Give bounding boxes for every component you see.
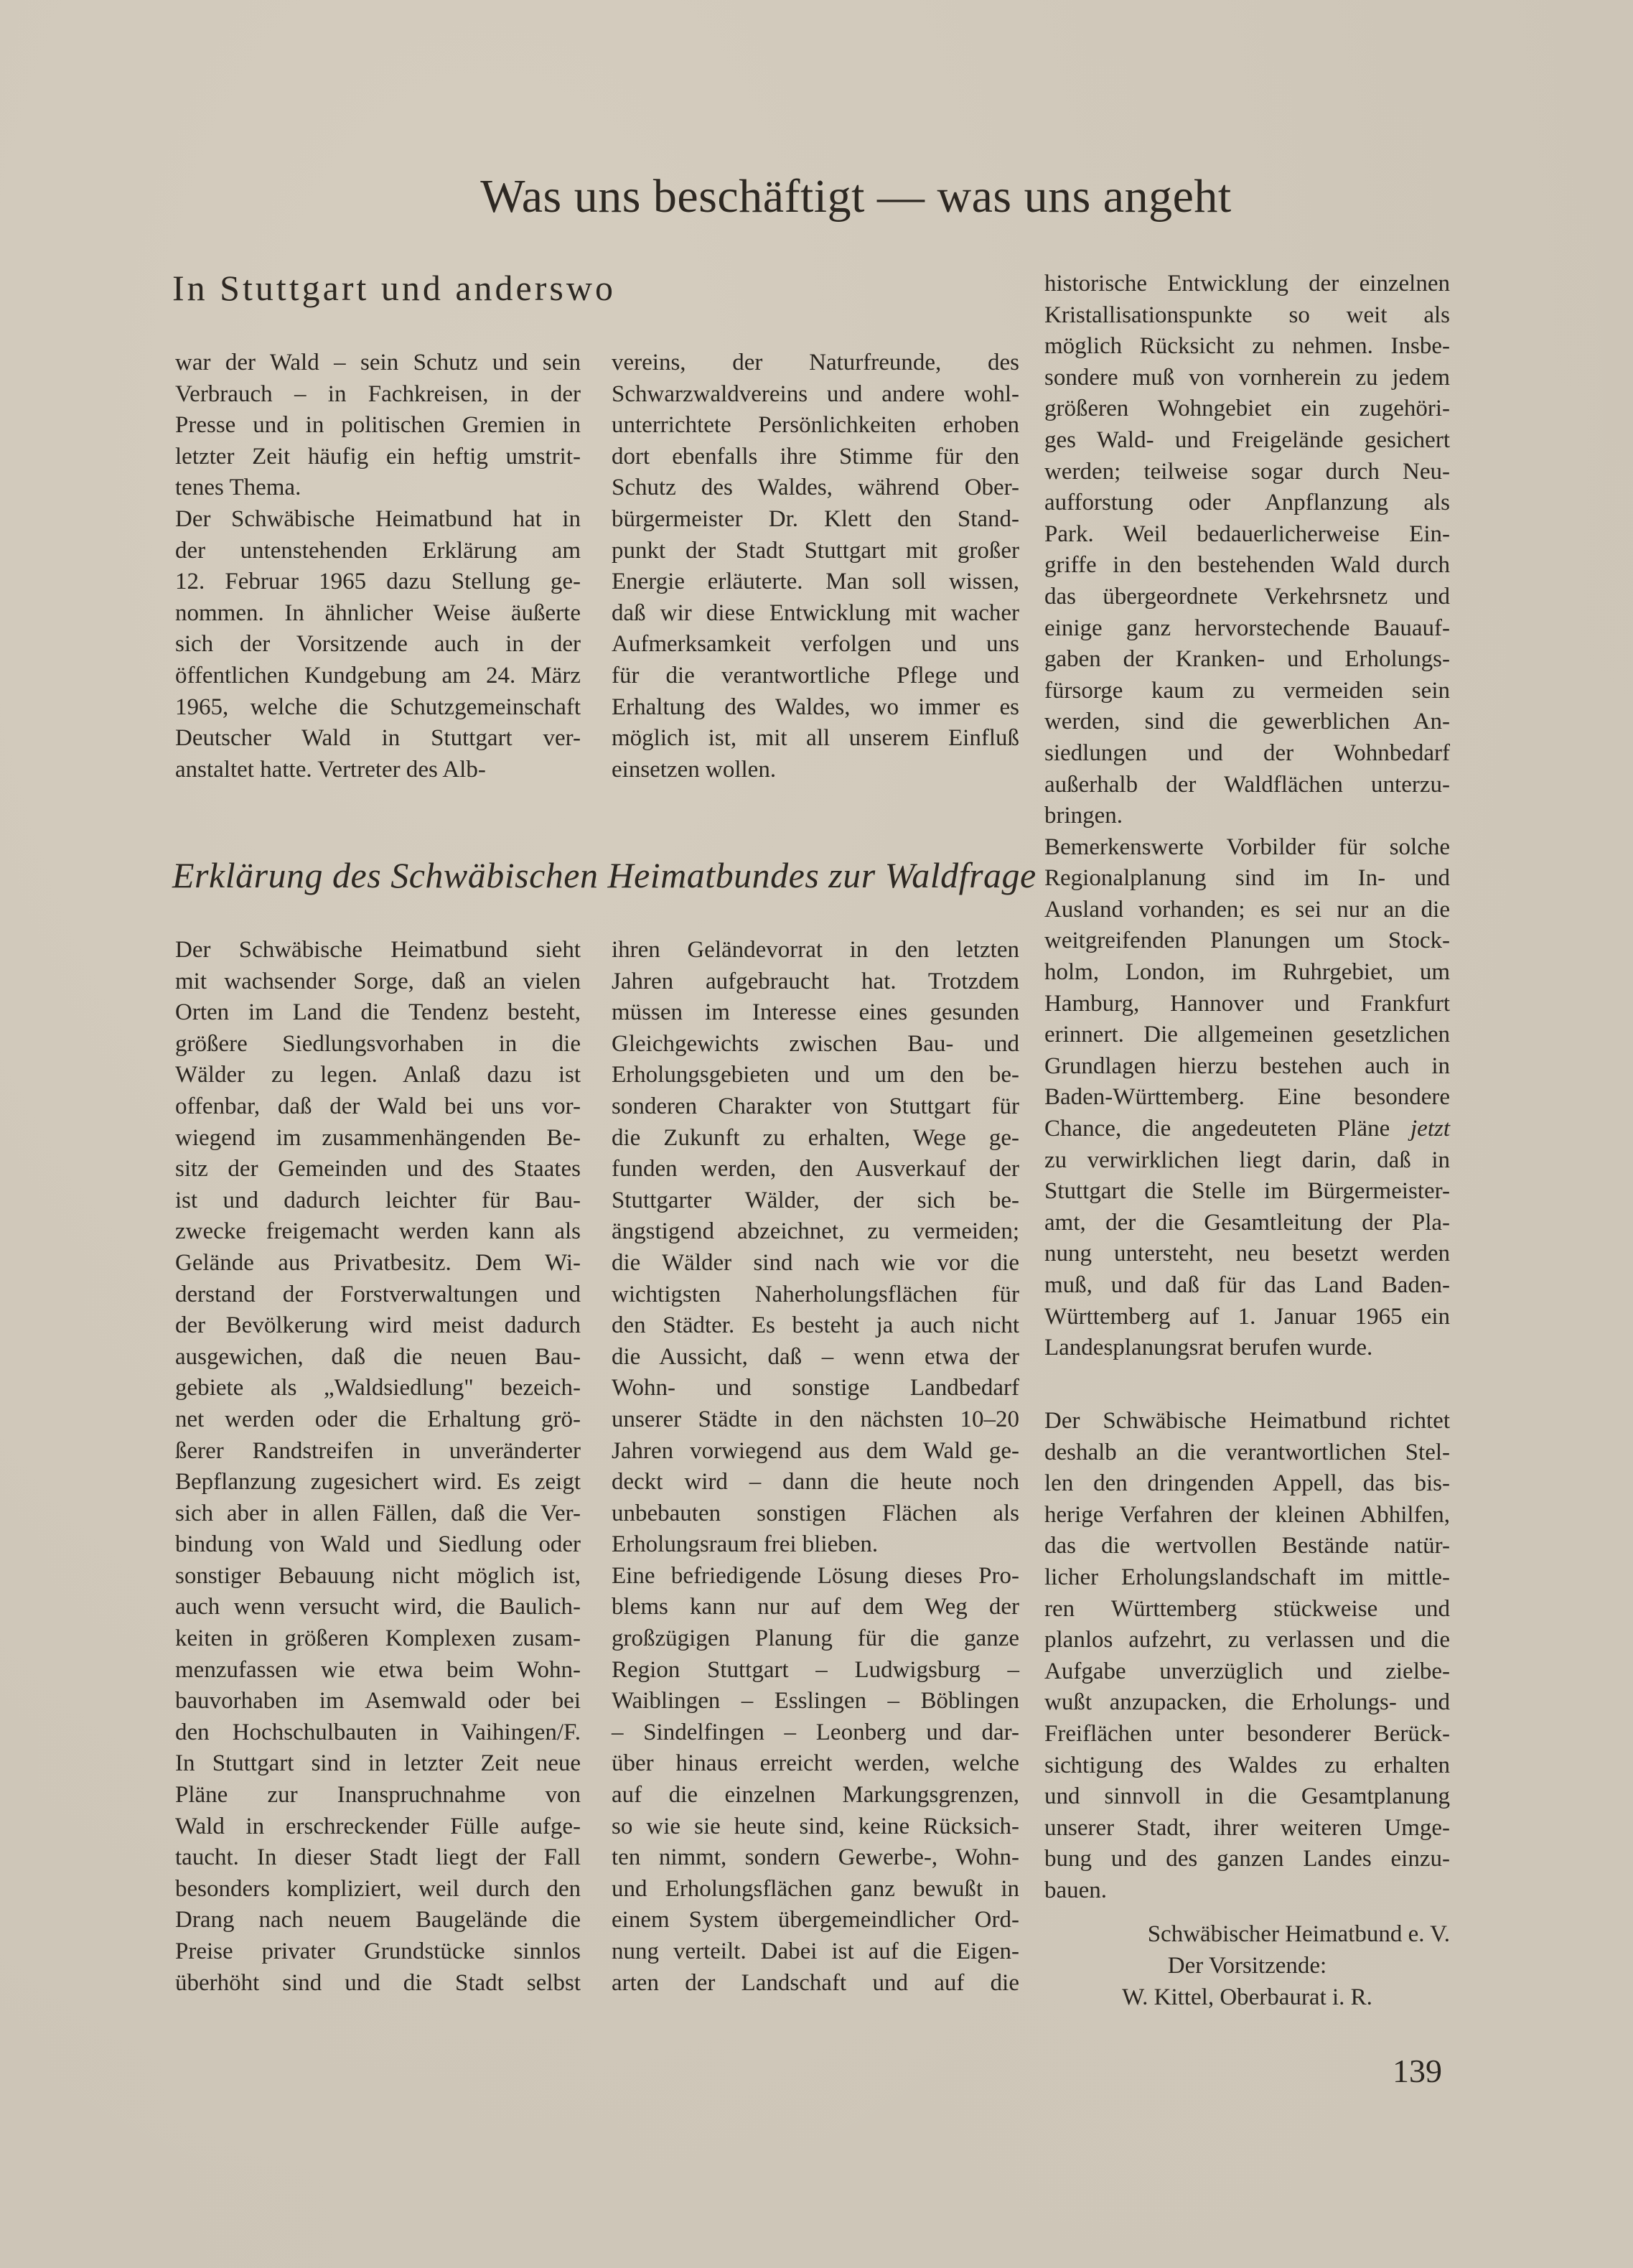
text-line: wiegend im zusammenhängenden Be- bbox=[175, 1123, 581, 1154]
text-line: Verbrauch – in Fachkreisen, in der bbox=[175, 379, 581, 411]
text-line: ges Wald- und Freigelände gesichert bbox=[1044, 425, 1450, 457]
text-line: Der Schwäbische Heimatbund sieht bbox=[175, 935, 581, 966]
text-line: griffe in den bestehenden Wald durch bbox=[1044, 550, 1450, 582]
text-line: großzügigen Planung für die ganze bbox=[612, 1623, 1019, 1655]
text-line: Orten im Land die Tendenz besteht, bbox=[175, 997, 581, 1029]
text-line: bindung von Wald und Siedlung oder bbox=[175, 1529, 581, 1561]
declaration-appeal-paragraph: Der Schwäbische Heimatbund richtetdeshal… bbox=[1044, 1406, 1450, 1907]
declaration-column-2: ihren Geländevorrat in den letztenJahren… bbox=[612, 935, 1019, 1999]
text-line: Bepflanzung zugesichert wird. Es zeigt bbox=[175, 1467, 581, 1498]
text-line: Deutscher Wald in Stuttgart ver- bbox=[175, 723, 581, 755]
text-line: siedlungen und der Wohnbedarf bbox=[1044, 738, 1450, 770]
text-line: sonderen Charakter von Stuttgart für bbox=[612, 1091, 1019, 1123]
text-line: Schwarzwaldvereins und andere wohl- bbox=[612, 379, 1019, 411]
text-line: ihren Geländevorrat in den letzten bbox=[612, 935, 1019, 966]
text-line: sonstiger Bebauung nicht möglich ist, bbox=[175, 1561, 581, 1592]
text-line: Presse und in politischen Gremien in bbox=[175, 410, 581, 442]
text-line: menzufassen wie etwa beim Wohn- bbox=[175, 1655, 581, 1686]
text-line: möglich Rücksicht zu nehmen. Insbe- bbox=[1044, 331, 1450, 363]
text-line: Erholungsgebieten und um den be- bbox=[612, 1060, 1019, 1091]
text-line: bung und des ganzen Landes einzu- bbox=[1044, 1844, 1450, 1875]
text-line: der untenstehenden Erklärung am bbox=[175, 536, 581, 567]
text-line: Wohn- und sonstige Landbedarf bbox=[612, 1373, 1019, 1404]
text-line: Erhaltung des Waldes, wo immer es bbox=[612, 692, 1019, 724]
text-line: sich der Vorsitzende auch in der bbox=[175, 629, 581, 661]
text-line: offenbar, daß der Wald bei uns vor- bbox=[175, 1091, 581, 1123]
text-line: fürsorge kaum zu vermeiden sein bbox=[1044, 676, 1450, 707]
text-line: zu verwirklichen liegt darin, daß in bbox=[1044, 1145, 1450, 1177]
text-line: weitgreifenden Planungen um Stock- bbox=[1044, 925, 1450, 957]
text-line: erinnert. Die allgemeinen gesetzlichen bbox=[1044, 1019, 1450, 1051]
text-line: Gelände aus Privatbesitz. Dem Wi- bbox=[175, 1248, 581, 1279]
text-line: außerhalb der Waldflächen unterzu- bbox=[1044, 770, 1450, 801]
text-line: bauvorhaben im Asemwald oder bei bbox=[175, 1686, 581, 1717]
declaration-column-1: Der Schwäbische Heimatbund siehtmit wach… bbox=[175, 935, 581, 1999]
declaration-column-3: historische Entwicklung der einzelnenKri… bbox=[1044, 269, 1450, 1364]
page-title: Was uns beschäftigt — was uns angeht bbox=[0, 169, 1633, 224]
text-line: Gleichgewichts zwischen Bau- und bbox=[612, 1029, 1019, 1060]
text-line: muß, und daß für das Land Baden- bbox=[1044, 1270, 1450, 1302]
text-line: mit wachsender Sorge, daß an vielen bbox=[175, 966, 581, 998]
text-line: Wald in erschreckender Fülle aufge- bbox=[175, 1811, 581, 1843]
text-line: Hamburg, Hannover und Frankfurt bbox=[1044, 989, 1450, 1020]
text-line: letzter Zeit häufig ein heftig umstrit- bbox=[175, 442, 581, 473]
text-line: Jahren aufgebraucht hat. Trotzdem bbox=[612, 966, 1019, 998]
text-line: anstaltet hatte. Vertreter des Alb- bbox=[175, 755, 581, 786]
text-line: Aufgabe unverzüglich und zielbe- bbox=[1044, 1656, 1450, 1688]
signature-organization: Schwäbischer Heimatbund e. V. bbox=[1044, 1918, 1450, 1950]
text-line: ten nimmt, sondern Gewerbe-, Wohn- bbox=[612, 1842, 1019, 1874]
text-line: ausgewichen, daß die neuen Bau- bbox=[175, 1342, 581, 1373]
text-line: Pläne zur Inanspruchnahme von bbox=[175, 1780, 581, 1811]
intro-column-1: war der Wald – sein Schutz und seinVerbr… bbox=[175, 347, 581, 785]
text-line: net werden oder die Erhaltung grö- bbox=[175, 1404, 581, 1436]
signature-role: Der Vorsitzende: bbox=[1044, 1950, 1450, 1982]
text-line: Preise privater Grundstücke sinnlos bbox=[175, 1936, 581, 1968]
section-heading-erklaerung: Erklärung des Schwäbischen Heimatbundes … bbox=[172, 854, 1037, 896]
text-line: das übergeordnete Verkehrsnetz und bbox=[1044, 582, 1450, 613]
text-line: amt, der die Gesamtleitung der Pla- bbox=[1044, 1208, 1450, 1239]
text-line: Park. Weil bedauerlicherweise Ein- bbox=[1044, 519, 1450, 551]
text-line: Württemberg auf 1. Januar 1965 ein bbox=[1044, 1302, 1450, 1333]
text-line: Ausland vorhanden; es sei nur an die bbox=[1044, 895, 1450, 926]
text-line: nung untersteht, neu besetzt werden bbox=[1044, 1238, 1450, 1270]
text-line: 1965, welche die Schutzgemeinschaft bbox=[175, 692, 581, 724]
text-line: herige Verfahren der kleinen Abhilfen, bbox=[1044, 1500, 1450, 1531]
text-line: bürgermeister Dr. Klett den Stand- bbox=[612, 504, 1019, 536]
text-line: derstand der Forstverwaltungen und bbox=[175, 1279, 581, 1311]
text-line: Erholungsraum frei blieben. bbox=[612, 1529, 1019, 1561]
text-line: deshalb an die verantwortlichen Stel- bbox=[1044, 1437, 1450, 1469]
page-number: 139 bbox=[1393, 2052, 1442, 2090]
text-line: wichtigsten Naherholungsflächen für bbox=[612, 1279, 1019, 1311]
text-line: Schutz des Waldes, während Ober- bbox=[612, 472, 1019, 504]
text-line: ist und dadurch leichter für Bau- bbox=[175, 1185, 581, 1217]
text-line: Wälder zu legen. Anlaß dazu ist bbox=[175, 1060, 581, 1091]
text-line: werden; teilweise sogar durch Neu- bbox=[1044, 457, 1450, 488]
text-line: nung verteilt. Dabei ist auf die Eigen- bbox=[612, 1936, 1019, 1968]
text-line: ßerer Randstreifen in unveränderter bbox=[175, 1436, 581, 1467]
text-line: licher Erholungslandschaft im mittle- bbox=[1044, 1562, 1450, 1594]
text-line: öffentlichen Kundgebung am 24. März bbox=[175, 661, 581, 692]
text-line: unserer Stadt, ihrer weiteren Umge- bbox=[1044, 1813, 1450, 1844]
text-line: Energie erläuterte. Man soll wissen, bbox=[612, 566, 1019, 598]
text-line: Grundlagen hierzu bestehen auch in bbox=[1044, 1051, 1450, 1083]
text-line: nommen. In ähnlicher Weise äußerte bbox=[175, 598, 581, 630]
text-line: Freiflächen unter besonderer Berück- bbox=[1044, 1719, 1450, 1750]
section-heading-stuttgart: In Stuttgart und anderswo bbox=[172, 267, 616, 309]
text-line: Waiblingen – Esslingen – Böblingen bbox=[612, 1686, 1019, 1717]
text-line: der Bevölkerung wird meist dadurch bbox=[175, 1310, 581, 1342]
text-line: über hinaus erreicht werden, welche bbox=[612, 1748, 1019, 1780]
text-line: holm, London, im Ruhrgebiet, um bbox=[1044, 957, 1450, 989]
text-line: In Stuttgart sind in letzter Zeit neue bbox=[175, 1748, 581, 1780]
text-line: die Aussicht, daß – wenn etwa der bbox=[612, 1342, 1019, 1373]
text-line: für die verantwortliche Pflege und bbox=[612, 661, 1019, 692]
text-line: bauen. bbox=[1044, 1875, 1450, 1907]
signature-name: W. Kittel, Oberbaurat i. R. bbox=[1044, 1982, 1450, 2013]
text-line: Stuttgart die Stelle im Bürgermeister- bbox=[1044, 1176, 1450, 1208]
text-line: auf die einzelnen Markungsgrenzen, bbox=[612, 1780, 1019, 1811]
text-line: Aufmerksamkeit verfolgen und uns bbox=[612, 629, 1019, 661]
text-line: 12. Februar 1965 dazu Stellung ge- bbox=[175, 566, 581, 598]
text-line: werden, sind die gewerblichen An- bbox=[1044, 706, 1450, 738]
text-line: ängstigend abzeichnet, zu vermeiden; bbox=[612, 1216, 1019, 1248]
text-line: arten der Landschaft und auf die bbox=[612, 1968, 1019, 1999]
text-line: unserer Städte in den nächsten 10–20 bbox=[612, 1404, 1019, 1436]
text-line: den Hochschulbauten in Vaihingen/F. bbox=[175, 1717, 581, 1749]
text-line: planlos aufzehrt, zu verlassen und die bbox=[1044, 1625, 1450, 1656]
text-line: den Städter. Es besteht ja auch nicht bbox=[612, 1310, 1019, 1342]
text-line: und sinnvoll in die Gesamtplanung bbox=[1044, 1781, 1450, 1813]
text-line: sitz der Gemeinden und des Staates bbox=[175, 1154, 581, 1185]
text-line: Stuttgarter Wälder, der sich be- bbox=[612, 1185, 1019, 1217]
text-line: besonders kompliziert, weil durch den bbox=[175, 1874, 581, 1905]
text-line: keiten in größeren Komplexen zusam- bbox=[175, 1623, 581, 1655]
text-line: sich aber in allen Fällen, daß die Ver- bbox=[175, 1498, 581, 1530]
text-line: einige ganz hervorstechende Bauauf- bbox=[1044, 613, 1450, 645]
text-line: Drang nach neuem Baugelände die bbox=[175, 1905, 581, 1936]
text-line: größere Siedlungsvorhaben in die bbox=[175, 1029, 581, 1060]
text-line: Landesplanungsrat berufen wurde. bbox=[1044, 1333, 1450, 1364]
text-line: unbebauten sonstigen Flächen als bbox=[612, 1498, 1019, 1530]
text-line: Region Stuttgart – Ludwigsburg – bbox=[612, 1655, 1019, 1686]
text-line: zwecke freigemacht werden kann als bbox=[175, 1216, 581, 1248]
text-line: sondere muß von vornherein zu jedem bbox=[1044, 363, 1450, 394]
text-line: Chance, die angedeuteten Pläne jetzt bbox=[1044, 1114, 1450, 1145]
text-line: gaben der Kranken- und Erholungs- bbox=[1044, 644, 1450, 676]
text-line: wußt anzupacken, die Erholungs- und bbox=[1044, 1687, 1450, 1719]
text-line: aufforstung oder Anpflanzung als bbox=[1044, 487, 1450, 519]
text-line: – Sindelfingen – Leonberg und dar- bbox=[612, 1717, 1019, 1749]
text-line: war der Wald – sein Schutz und sein bbox=[175, 347, 581, 379]
text-line: bringen. bbox=[1044, 801, 1450, 832]
text-line: einem System übergemeindlicher Ord- bbox=[612, 1905, 1019, 1936]
text-line: Kristallisationspunkte so weit als bbox=[1044, 300, 1450, 332]
signature-block: Schwäbischer Heimatbund e. V. Der Vorsit… bbox=[1044, 1918, 1450, 2013]
text-line: das die wertvollen Bestände natür- bbox=[1044, 1531, 1450, 1562]
text-line: len den dringenden Appell, das bis- bbox=[1044, 1468, 1450, 1500]
text-line: einsetzen wollen. bbox=[612, 755, 1019, 786]
text-line: daß wir diese Entwicklung mit wacher bbox=[612, 598, 1019, 630]
text-line: unterrichtete Persönlichkeiten erhoben bbox=[612, 410, 1019, 442]
text-line: Jahren vorwiegend aus dem Wald ge- bbox=[612, 1436, 1019, 1467]
text-line: Bemerkenswerte Vorbilder für solche bbox=[1044, 832, 1450, 864]
text-line: Baden-Württemberg. Eine besondere bbox=[1044, 1082, 1450, 1114]
text-line: größeren Wohngebiet ein zugehöri- bbox=[1044, 393, 1450, 425]
text-line: blems kann nur auf dem Weg der bbox=[612, 1592, 1019, 1623]
text-line: funden werden, den Ausverkauf der bbox=[612, 1154, 1019, 1185]
text-line: überhöht sind und die Stadt selbst bbox=[175, 1968, 581, 1999]
text-line: historische Entwicklung der einzelnen bbox=[1044, 269, 1450, 300]
text-line: taucht. In dieser Stadt liegt der Fall bbox=[175, 1842, 581, 1874]
text-line: Der Schwäbische Heimatbund richtet bbox=[1044, 1406, 1450, 1437]
text-line: sichtigung des Waldes zu erhalten bbox=[1044, 1750, 1450, 1782]
text-line: und Erholungsflächen ganz bewußt in bbox=[612, 1874, 1019, 1905]
text-line: ren Württemberg stückweise und bbox=[1044, 1594, 1450, 1625]
text-line: die Zukunft zu erhalten, Wege ge- bbox=[612, 1123, 1019, 1154]
text-line: die Wälder sind nach wie vor die bbox=[612, 1248, 1019, 1279]
text-line: gebiete als „Waldsiedlung" bezeich- bbox=[175, 1373, 581, 1404]
text-line: auch wenn versucht wird, die Baulich- bbox=[175, 1592, 581, 1623]
intro-column-2: vereins, der Naturfreunde, desSchwarzwal… bbox=[612, 347, 1019, 785]
text-line: so wie sie heute sind, keine Rücksich- bbox=[612, 1811, 1019, 1843]
text-line: deckt wird – dann die heute noch bbox=[612, 1467, 1019, 1498]
text-line: punkt der Stadt Stuttgart mit großer bbox=[612, 536, 1019, 567]
text-line: müssen im Interesse eines gesunden bbox=[612, 997, 1019, 1029]
text-line: Regionalplanung sind im In- und bbox=[1044, 863, 1450, 895]
text-line: Der Schwäbische Heimatbund hat in bbox=[175, 504, 581, 536]
text-line: tenes Thema. bbox=[175, 472, 581, 504]
text-line: vereins, der Naturfreunde, des bbox=[612, 347, 1019, 379]
text-line: dort ebenfalls ihre Stimme für den bbox=[612, 442, 1019, 473]
text-line: möglich ist, mit all unserem Einfluß bbox=[612, 723, 1019, 755]
text-line: Eine befriedigende Lösung dieses Pro- bbox=[612, 1561, 1019, 1592]
